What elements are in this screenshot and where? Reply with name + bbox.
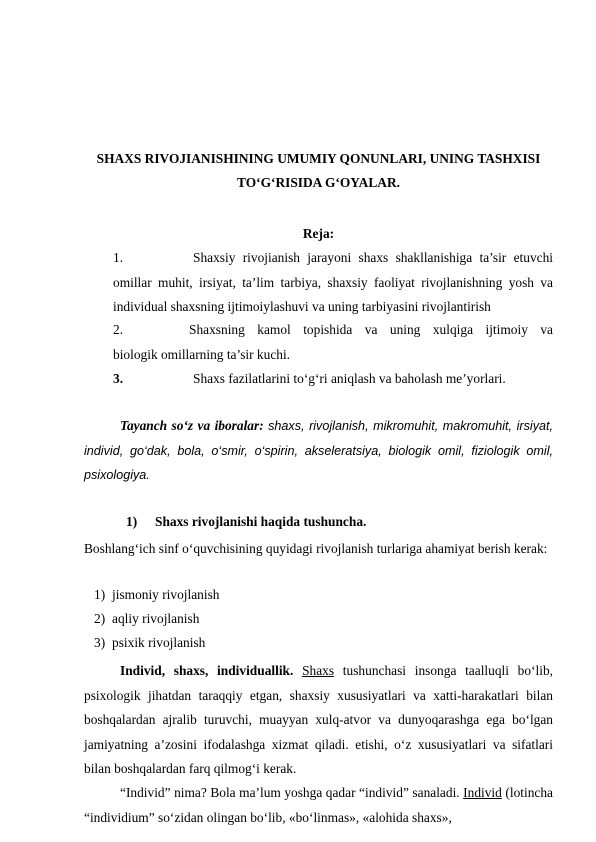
plan-item-number: 3.: [113, 367, 193, 392]
plan-item-first-line: Shaxs fazilatlarini to‘g‘ri aniqlash va …: [193, 371, 506, 386]
list-text: psixik rivojlanish: [112, 635, 205, 650]
plan-item-number: 1.: [113, 246, 193, 271]
document-title-line-2: TO‘G‘RISIDA G‘OYALAR.: [84, 175, 553, 191]
individ-paragraph: Individ, shaxs, individuallik. Shaxs tus…: [84, 659, 553, 782]
plan-item-rest: biologik omillarning ta’sir kuchi.: [113, 343, 553, 368]
development-type-item: 1)jismoniy rivojlanish: [94, 587, 220, 603]
individ-definition-paragraph: “Individ” nima? Bola ma’lum yoshga qadar…: [84, 781, 553, 830]
section-title: Shaxs rivojlanishi haqida tushuncha.: [155, 514, 366, 529]
development-type-item: 2)aqliy rivojlanish: [94, 611, 199, 627]
plan-item-2: 2.Shaxsning kamol topishida va uning xul…: [113, 318, 553, 367]
list-text: aqliy rivojlanish: [112, 611, 199, 626]
paragraph-text: “Individ” nima? Bola ma’lum yoshga qadar…: [120, 785, 460, 800]
list-number: 2): [94, 611, 112, 627]
section-number: 1): [126, 514, 155, 530]
list-text: jismoniy rivojlanish: [112, 587, 220, 602]
plan-item-rest: omillar muhit, irsiyat, ta’lim tarbiya, …: [113, 271, 553, 320]
plan-item-3: 3.Shaxs fazilatlarini to‘g‘ri aniqlash v…: [113, 367, 553, 392]
plan-item-1: 1.Shaxsiy rivojianish jarayoni shaxs sha…: [113, 246, 553, 320]
paragraph-lead: Individ, shaxs, individuallik.: [120, 663, 293, 678]
term-individ: Individ: [463, 785, 502, 800]
document-page: SHAXS RIVOJIANISHINING UMUMIY QONUNLARI,…: [0, 0, 596, 842]
keywords-label: Tayanch so‘z va iboralar:: [120, 418, 264, 433]
development-type-item: 3)psixik rivojlanish: [94, 635, 205, 651]
keywords-paragraph: Tayanch so‘z va iboralar: shaxs, rivojla…: [84, 414, 553, 488]
plan-item-first-line: Shaxsiy rivojianish jarayoni shaxs shakl…: [193, 250, 553, 265]
plan-item-first-line: Shaxsning kamol topishida va uning xulqi…: [189, 322, 553, 337]
section-intro: Boshlang‘ich sinf o‘quvchisining quyidag…: [84, 537, 553, 562]
plan-heading: Reja:: [84, 226, 553, 242]
term-shaxs: Shaxs: [302, 663, 334, 678]
document-title-line-1: SHAXS RIVOJIANISHINING UMUMIY QONUNLARI,…: [84, 151, 553, 167]
list-number: 3): [94, 635, 112, 651]
section-heading: 1)Shaxs rivojlanishi haqida tushuncha.: [126, 514, 366, 530]
list-number: 1): [94, 587, 112, 603]
plan-item-number: 2.: [113, 318, 189, 343]
paragraph-text: tushunchasi insonga taalluqli bo‘lib, ps…: [84, 663, 553, 776]
